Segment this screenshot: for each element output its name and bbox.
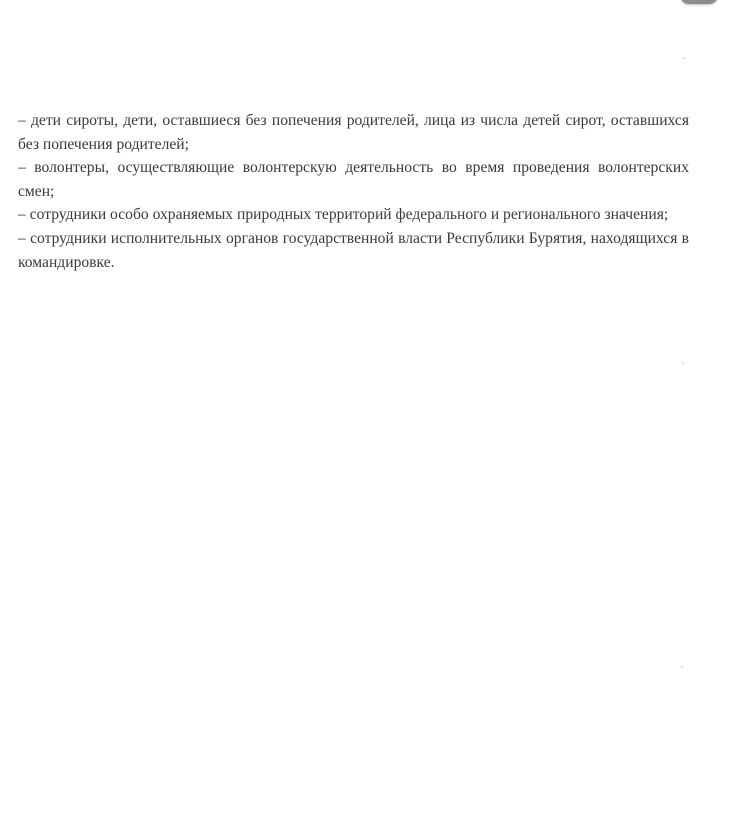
scan-artifact	[681, 666, 683, 668]
list-item: – сотрудники особо охраняемых природных …	[18, 203, 689, 227]
scan-artifact	[682, 362, 684, 364]
list-item: – дети сироты, дети, оставшиеся без попе…	[18, 109, 689, 156]
list-item: – волонтеры, осуществляющие волонтерскую…	[18, 156, 689, 203]
list-item: – сотрудники исполнительных органов госу…	[18, 227, 689, 274]
document-page: – дети сироты, дети, оставшиеся без попе…	[18, 109, 689, 274]
scan-artifact	[683, 57, 685, 59]
corner-button[interactable]	[680, 0, 718, 4]
